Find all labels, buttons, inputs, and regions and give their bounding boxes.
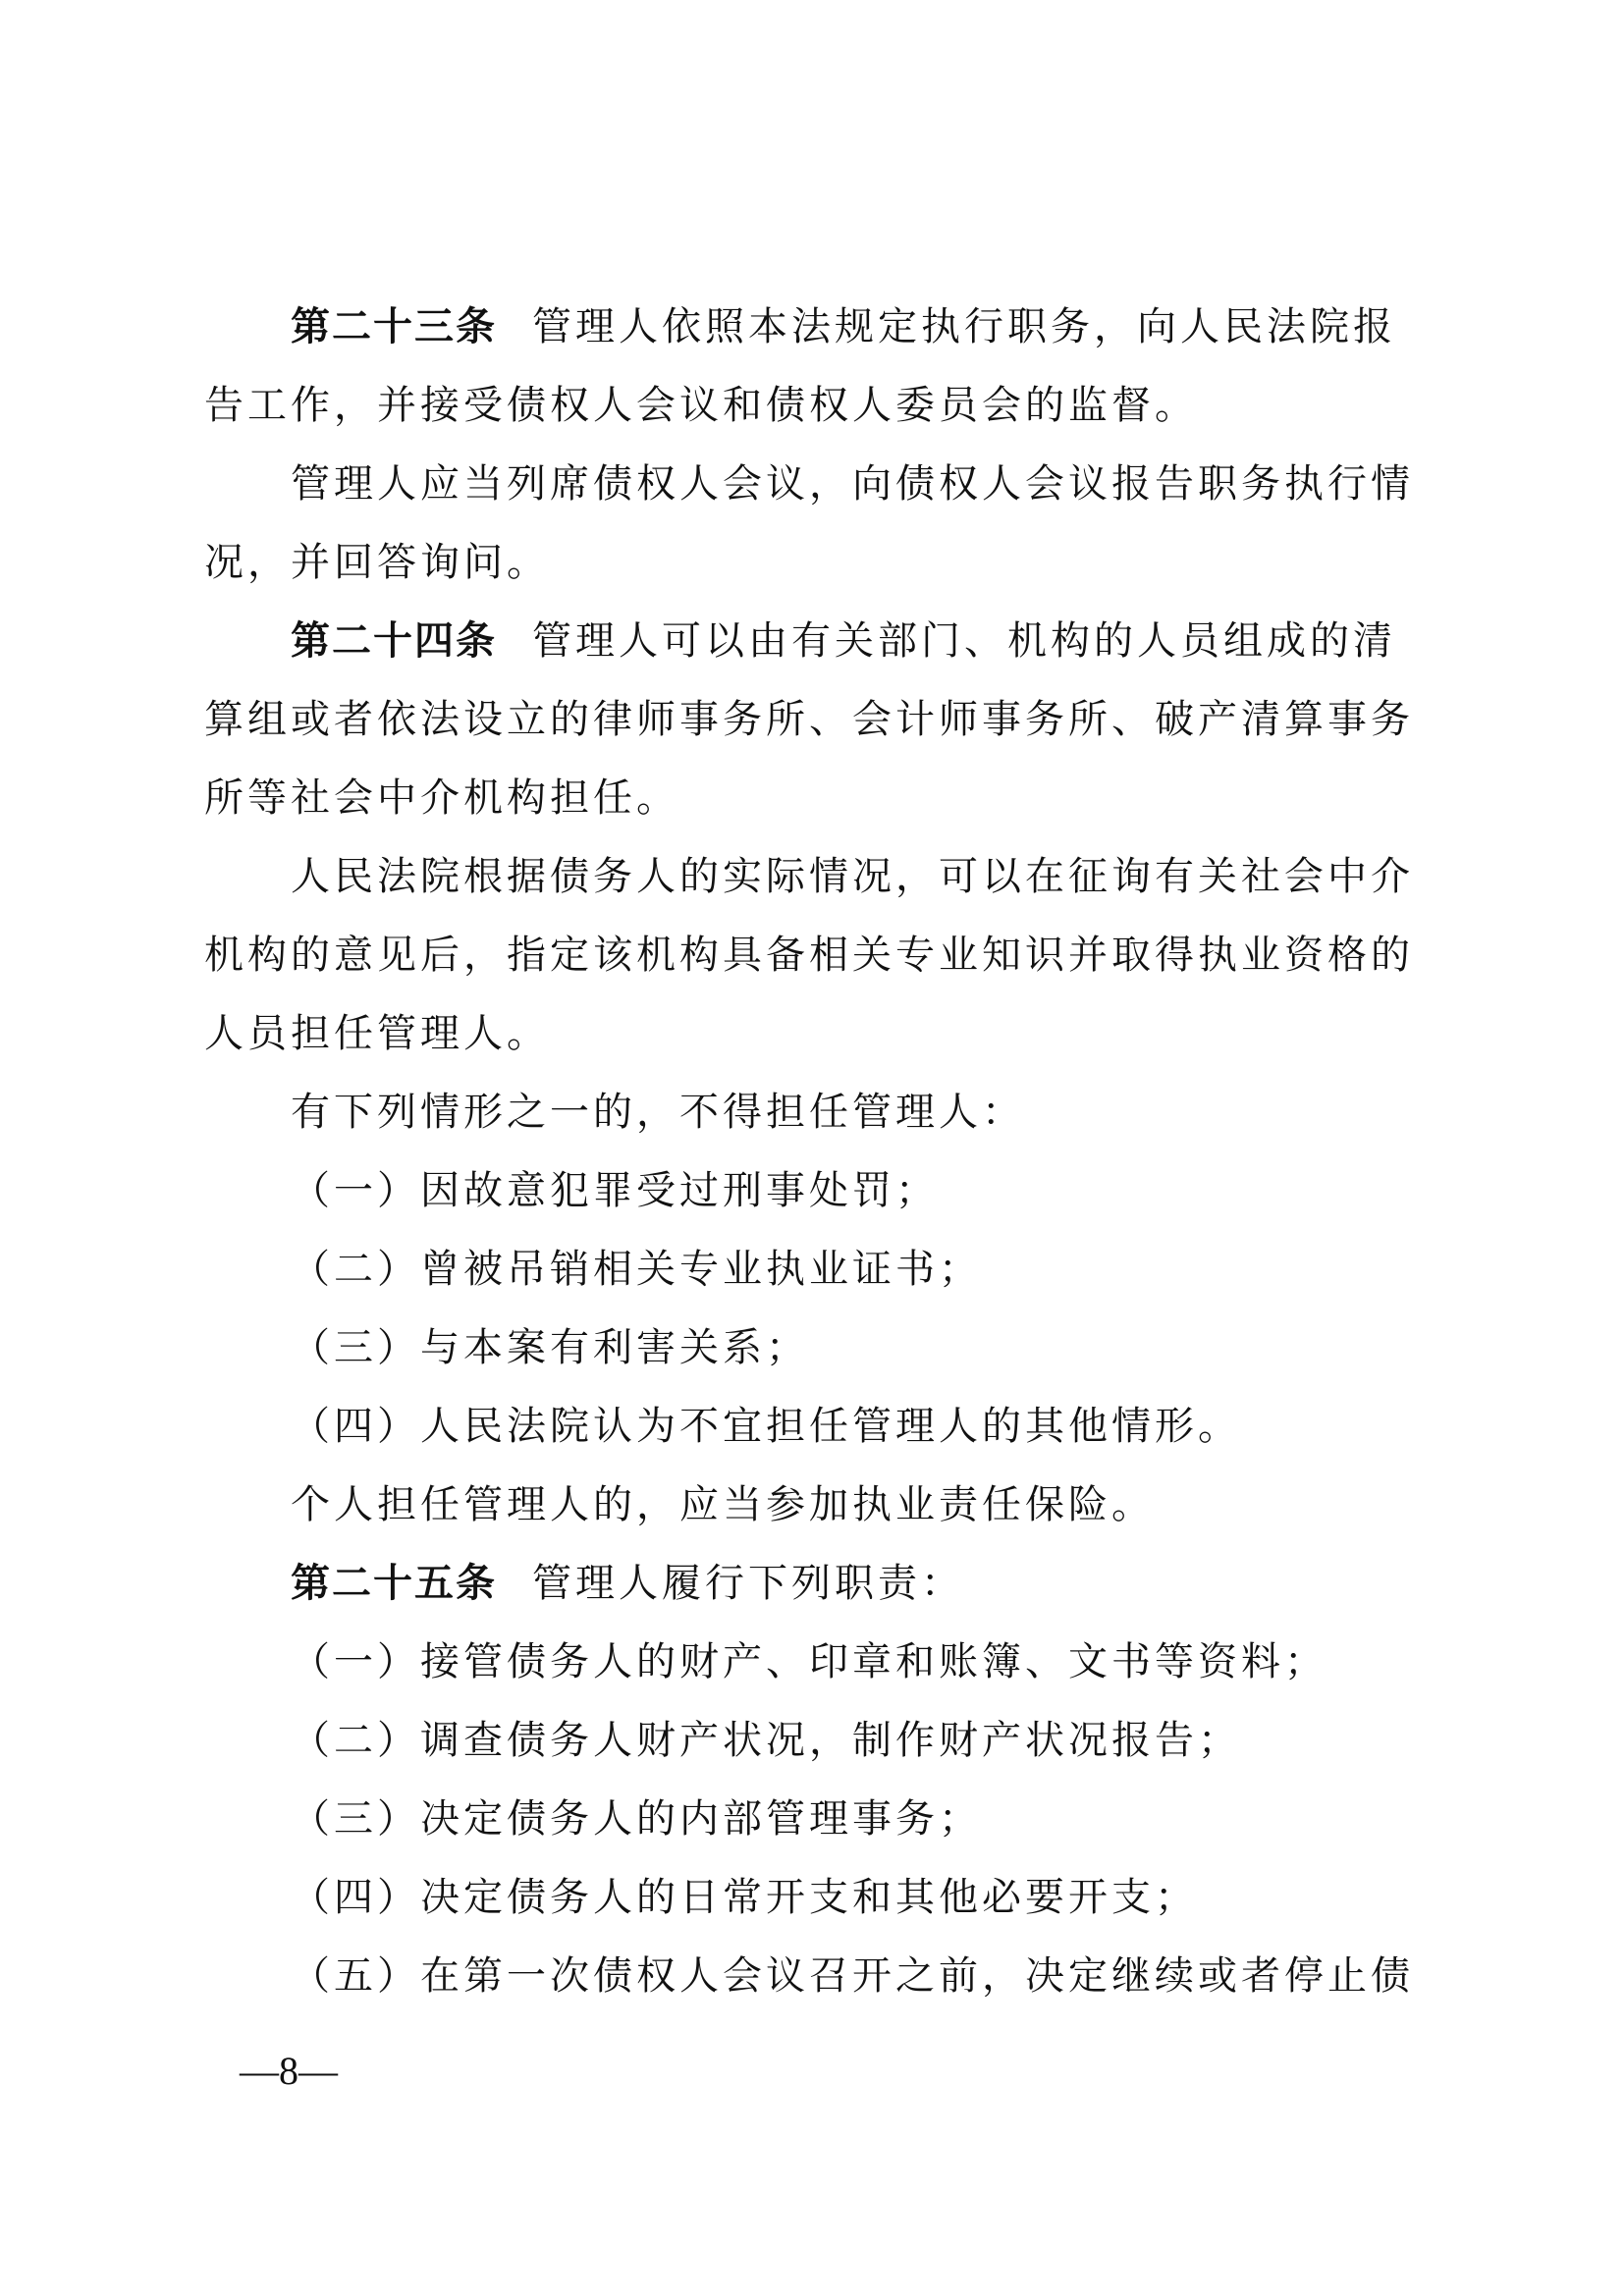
page-number: —8— (240, 2042, 338, 2101)
paragraph-first-line: 管理人应当列席债权人会议，向债权人会议报告职务执行情 (291, 445, 1508, 523)
paragraph-first-line: 个人担任管理人的，应当参加执业责任保险。 (291, 1466, 1508, 1544)
article-heading: 第二十五条 (291, 1561, 497, 1606)
article-text-line: 告工作，并接受债权人会议和债权人委员会的监督。 (204, 366, 1422, 445)
paragraph-first-line: 人民法院根据债务人的实际情况，可以在征询有关社会中介 (291, 837, 1508, 916)
article-text-line: 算组或者依法设立的律师事务所、会计师事务所、破产清算事务 (204, 680, 1422, 759)
paragraph-first-line: 有下列情形之一的，不得担任管理人： (291, 1073, 1508, 1151)
article-24-first-line: 第二十四条管理人可以由有关部门、机构的人员组成的清 (291, 602, 1508, 680)
article-text: 管理人依照本法规定执行职务，向人民法院报 (532, 304, 1396, 349)
list-item: （五）在第一次债权人会议召开之前，决定继续或者停止债 (291, 1937, 1508, 2015)
paragraph-line: 机构的意见后，指定该机构具备相关专业知识并取得执业资格的 (204, 916, 1422, 994)
list-item: （二）曾被吊销相关专业执业证书； (291, 1230, 1508, 1308)
paragraph-line: 况，并回答询问。 (204, 523, 1422, 602)
document-page: 第二十三条管理人依照本法规定执行职务，向人民法院报 告工作，并接受债权人会议和债… (0, 0, 1624, 2296)
list-item: （四）人民法院认为不宜担任管理人的其他情形。 (291, 1387, 1508, 1466)
list-item: （一）接管债务人的财产、印章和账簿、文书等资料； (291, 1623, 1508, 1701)
article-text: 管理人可以由有关部门、机构的人员组成的清 (532, 618, 1396, 664)
list-item: （二）调查债务人财产状况，制作财产状况报告； (291, 1701, 1508, 1780)
paragraph-line: 人员担任管理人。 (204, 994, 1422, 1073)
list-item: （四）决定债务人的日常开支和其他必要开支； (291, 1858, 1508, 1937)
article-heading: 第二十三条 (291, 304, 497, 349)
list-item: （三）与本案有利害关系； (291, 1308, 1508, 1387)
article-heading: 第二十四条 (291, 618, 497, 664)
list-item: （三）决定债务人的内部管理事务； (291, 1780, 1508, 1858)
article-23-first-line: 第二十三条管理人依照本法规定执行职务，向人民法院报 (291, 288, 1508, 366)
article-25-first-line: 第二十五条管理人履行下列职责： (291, 1544, 1508, 1623)
article-text: 管理人履行下列职责： (532, 1561, 964, 1606)
article-text-line: 所等社会中介机构担任。 (204, 759, 1422, 837)
list-item: （一）因故意犯罪受过刑事处罚； (291, 1151, 1508, 1230)
